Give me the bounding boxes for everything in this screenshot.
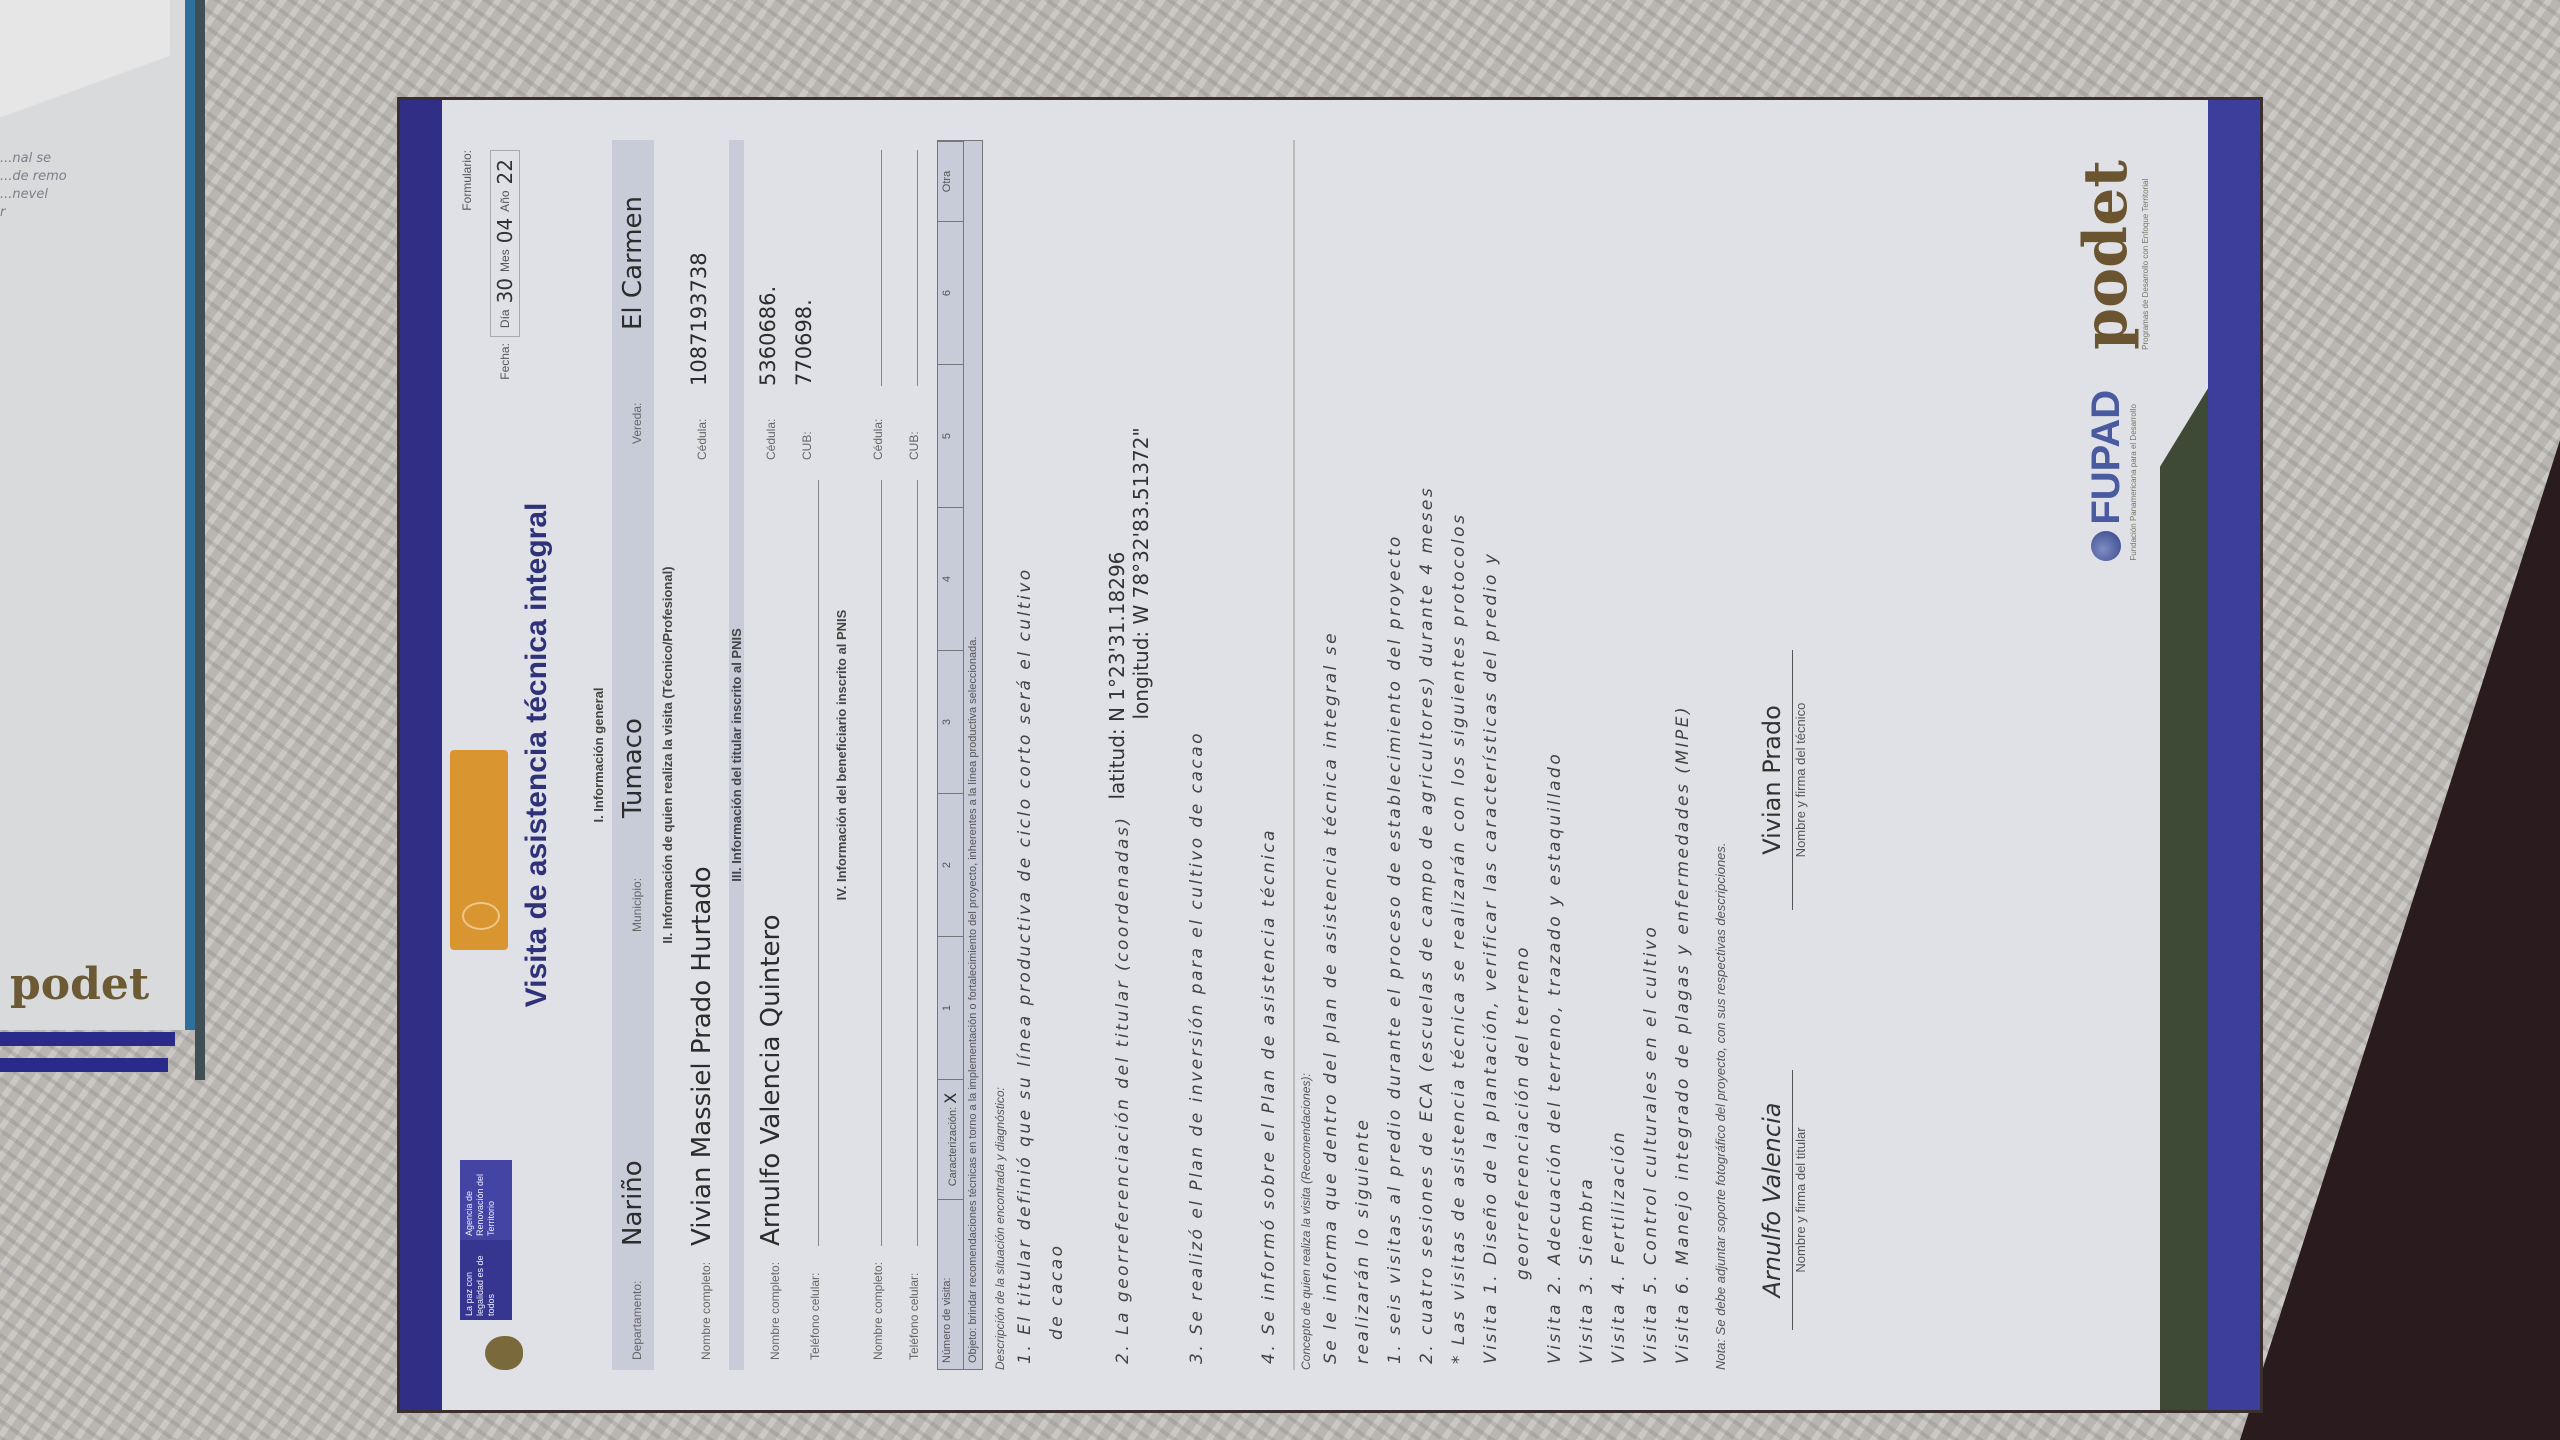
form-title: Visita de asistencia técnica integral — [520, 140, 554, 1370]
mes-value: 04 — [493, 218, 517, 243]
municipio-label: Municipio: — [630, 832, 644, 932]
titular-phone-label: Teléfono celular: — [808, 1260, 822, 1360]
technician-cedula-label: Cédula: — [695, 400, 709, 460]
vereda-value: El Carmen — [618, 196, 648, 330]
form-header: La paz con legalidad es de todos Agencia… — [460, 140, 570, 1370]
titular-phone-value — [798, 480, 819, 1246]
fupad-subtitle: Fundación Panamericana para el Desarroll… — [2129, 390, 2138, 561]
background-folder-edge — [195, 0, 205, 1080]
dia-value: 30 — [493, 278, 517, 303]
footer-color-bar — [2208, 100, 2260, 1410]
concept-line: Se le informa que dentro del plan de asi… — [1317, 140, 1345, 1364]
visit-number-table: Número de visita: Caracterización: X 1 2… — [937, 140, 964, 1370]
titular-signature-label: Nombre y firma del titular — [1793, 1070, 1808, 1330]
caracterizacion-cell: Caracterización: X — [938, 1079, 963, 1199]
titular-name-label: Nombre completo: — [768, 1260, 782, 1360]
georef-row: 2. La georreferenciación del titular (co… — [1105, 140, 1153, 1370]
visit-option: 1 — [938, 936, 963, 1079]
description-label: Descripción de la situación encontrada y… — [993, 140, 1007, 1370]
seal-icon — [462, 902, 500, 930]
podet-wordmark: podet — [2071, 160, 2141, 350]
visit-option: 5 — [938, 364, 963, 507]
description-line: de cacao — [1043, 140, 1071, 1340]
vereda-label: Vereda: — [630, 344, 644, 444]
visit-option: 3 — [938, 650, 963, 793]
concept-line: georreferenciación del terreno — [1509, 140, 1537, 1280]
visit-option: 6 — [938, 221, 963, 364]
concept-line: Visita 5. Control culturales en el culti… — [1637, 140, 1665, 1364]
concept-line: 2. cuatro sesiones de ECA (escuelas de c… — [1413, 140, 1441, 1364]
description-line: 1. El titular definió que su línea produ… — [1011, 140, 1039, 1364]
technician-cedula-row: Cédula: 1087193738 — [681, 140, 723, 470]
titular-right: Cédula: 5360686. CUB: 770698. — [750, 140, 828, 470]
technician-info: Nombre completo: Vivian Massiel Prado Hu… — [681, 140, 723, 1370]
scribble-line: ...nevel — [0, 186, 100, 204]
caracterizacion-mark: X — [941, 1093, 960, 1104]
concept-line: Visita 2. Adecuación del terreno, trazad… — [1541, 140, 1569, 1364]
dia-label: Día — [498, 309, 512, 328]
header-color-bar — [400, 100, 442, 1410]
titular-cub-value: 770698. — [792, 299, 816, 386]
visit-option: 2 — [938, 793, 963, 936]
beneficiary-cub-label: CUB: — [907, 400, 921, 460]
beneficiary-cedula-row: Cédula: — [855, 140, 891, 470]
concept-line: Visita 6. Manejo integrado de plagas y e… — [1669, 140, 1697, 1364]
titular-name-row: Nombre completo: Arnulfo Valencia Quinte… — [750, 470, 792, 1370]
titular-info: Nombre completo: Arnulfo Valencia Quinte… — [750, 140, 828, 1370]
fupad-text: FUPAD — [2084, 390, 2129, 525]
scribble-line: r — [0, 204, 100, 222]
fupad-logo: FUPAD Fundación Panamericana para el Des… — [2084, 390, 2138, 561]
footer-green-band — [2160, 100, 2208, 1410]
background-scribble: ...nal se ...de remo ...nevel r — [0, 150, 100, 222]
concept-section: Concepto de quien realiza la visita (Rec… — [1293, 140, 1697, 1370]
concept-line: Visita 3. Siembra — [1573, 140, 1601, 1364]
orange-emblem-logo — [450, 750, 508, 950]
globe-icon — [2091, 531, 2121, 561]
titular-cedula-value: 5360686. — [756, 286, 780, 386]
podet-logo: podet Programas de Desarrollo con Enfoqu… — [2071, 160, 2150, 350]
signatures-row: Arnulfo Valencia Nombre y firma del titu… — [1758, 140, 1808, 1370]
technician-name-row: Nombre completo: Vivian Massiel Prado Hu… — [681, 470, 723, 1370]
section-3-title: III. Información del titular inscrito al… — [729, 140, 744, 1370]
titular-signature: Arnulfo Valencia — [1758, 1070, 1793, 1330]
titular-cub-row: CUB: 770698. — [786, 140, 822, 470]
titular-name-value: Arnulfo Valencia Quintero — [756, 915, 786, 1247]
departamento-label: Departamento: — [630, 1260, 644, 1360]
description-line: 4. Se informó sobre el Plan de asistenci… — [1255, 140, 1283, 1364]
background-blue-strip — [0, 1058, 168, 1072]
background-document: ...nal se ...de remo ...nevel r podet — [0, 0, 195, 1030]
date-boxes: Día 30 Mes 04 Año 22 — [490, 150, 520, 337]
concept-label: Concepto de quien realiza la visita (Rec… — [1299, 140, 1313, 1370]
general-info-row: Departamento: Nariño Municipio: Tumaco V… — [612, 140, 654, 1370]
titular-left: Nombre completo: Arnulfo Valencia Quinte… — [750, 470, 828, 1370]
titular-cub-label: CUB: — [800, 400, 814, 460]
technician-name-value: Vivian Massiel Prado Hurtado — [687, 866, 717, 1246]
ano-value: 22 — [493, 159, 517, 184]
beneficiary-left: Nombre completo: Teléfono celular: — [855, 470, 927, 1370]
background-podet-logo: podet — [10, 959, 149, 1010]
background-blue-strip — [0, 1032, 175, 1046]
concept-line: realizarán lo siguiente — [1349, 140, 1377, 1364]
latitude-value: latitud: N 1°23'31.18296 — [1105, 427, 1129, 799]
visit-option: Otra — [938, 141, 963, 221]
visit-option: 4 — [938, 507, 963, 650]
formulario-label: Formulario: — [460, 150, 474, 211]
ano-label: Año — [498, 190, 512, 211]
titular-cedula-row: Cédula: 5360686. — [750, 140, 786, 470]
titular-signature-block: Arnulfo Valencia Nombre y firma del titu… — [1758, 1070, 1808, 1330]
visit-objective: Objeto: brindar recomendaciones técnicas… — [964, 140, 983, 1370]
description-line: 3. Se realizó el Plan de inversión para … — [1183, 140, 1211, 1364]
beneficiary-info: Nombre completo: Teléfono celular: Cédul… — [855, 140, 927, 1370]
logo-text-left: La paz con legalidad es de todos — [460, 1240, 512, 1320]
date-field: Fecha: Día 30 Mes 04 Año 22 — [490, 150, 520, 380]
beneficiary-cedula-label: Cédula: — [871, 400, 885, 460]
municipio-value: Tumaco — [618, 458, 648, 818]
tecnico-signature-block: Vivian Prado Nombre y firma del técnico — [1758, 650, 1808, 910]
longitude-value: longitud: W 78°32'83.51372" — [1129, 427, 1153, 719]
concept-line: * Las visitas de asistencia técnica se r… — [1445, 140, 1473, 1364]
beneficiary-phone-value — [897, 480, 918, 1246]
scribble-line: ...nal se — [0, 150, 100, 168]
form-content: I. Información general Departamento: Nar… — [585, 140, 1808, 1370]
description-line: 2. La georreferenciación del titular (co… — [1109, 816, 1137, 1364]
technician-name-label: Nombre completo: — [699, 1260, 713, 1360]
podet-subtitle: Programas de Desarrollo con Enfoque Terr… — [2141, 160, 2150, 350]
tecnico-signature: Vivian Prado — [1758, 650, 1793, 910]
technician-cedula-value: 1087193738 — [687, 252, 711, 386]
titular-phone-row: Teléfono celular: — [792, 470, 828, 1370]
beneficiary-right: Cédula: CUB: — [855, 140, 927, 470]
section-2-title: II. Información de quien realiza la visi… — [660, 140, 675, 1370]
beneficiary-cedula-value — [861, 150, 882, 386]
form-sheet-rotated: La paz con legalidad es de todos Agencia… — [400, 100, 2260, 1410]
concept-line: Visita 4. Fertilización — [1605, 140, 1633, 1364]
beneficiary-name-row: Nombre completo: — [855, 470, 891, 1370]
beneficiary-name-value — [861, 480, 882, 1246]
section-1-title: I. Información general — [591, 140, 606, 1370]
departamento-value: Nariño — [618, 946, 648, 1246]
titular-cedula-label: Cédula: — [764, 400, 778, 460]
tecnico-signature-label: Nombre y firma del técnico — [1793, 650, 1808, 910]
coordinates-block: latitud: N 1°23'31.18296 longitud: W 78°… — [1105, 427, 1153, 799]
caracterizacion-label: Caracterización: — [947, 1107, 959, 1186]
fecha-label: Fecha: — [498, 343, 512, 380]
visit-number-label: Número de visita: — [938, 1199, 963, 1369]
beneficiary-name-label: Nombre completo: — [871, 1260, 885, 1360]
background-document-fold — [0, 0, 170, 150]
beneficiary-cub-value — [897, 150, 918, 386]
scribble-line: ...de remo — [0, 168, 100, 186]
section-4-title: IV. Información del beneficiario inscrit… — [834, 140, 849, 1370]
beneficiary-cub-row: CUB: — [891, 140, 927, 470]
mes-label: Mes — [498, 249, 512, 272]
form-sheet: La paz con legalidad es de todos Agencia… — [400, 100, 2260, 1410]
footer-logos: FUPAD Fundación Panamericana para el Des… — [2071, 160, 2150, 561]
logo-text-right: Agencia de Renovación del Territorio — [460, 1160, 512, 1240]
concept-line: Visita 1. Diseño de la plantación, verif… — [1477, 140, 1505, 1364]
photo-note: Nota: Se debe adjuntar soporte fotográfi… — [1713, 140, 1728, 1370]
coat-of-arms-icon — [485, 1336, 523, 1370]
government-logo-box: La paz con legalidad es de todos Agencia… — [460, 1160, 512, 1320]
concept-line: 1. seis visitas al predio durante el pro… — [1381, 140, 1409, 1364]
beneficiary-phone-row: Teléfono celular: — [891, 470, 927, 1370]
fupad-wordmark: FUPAD — [2084, 390, 2129, 561]
beneficiary-phone-label: Teléfono celular: — [907, 1260, 921, 1360]
